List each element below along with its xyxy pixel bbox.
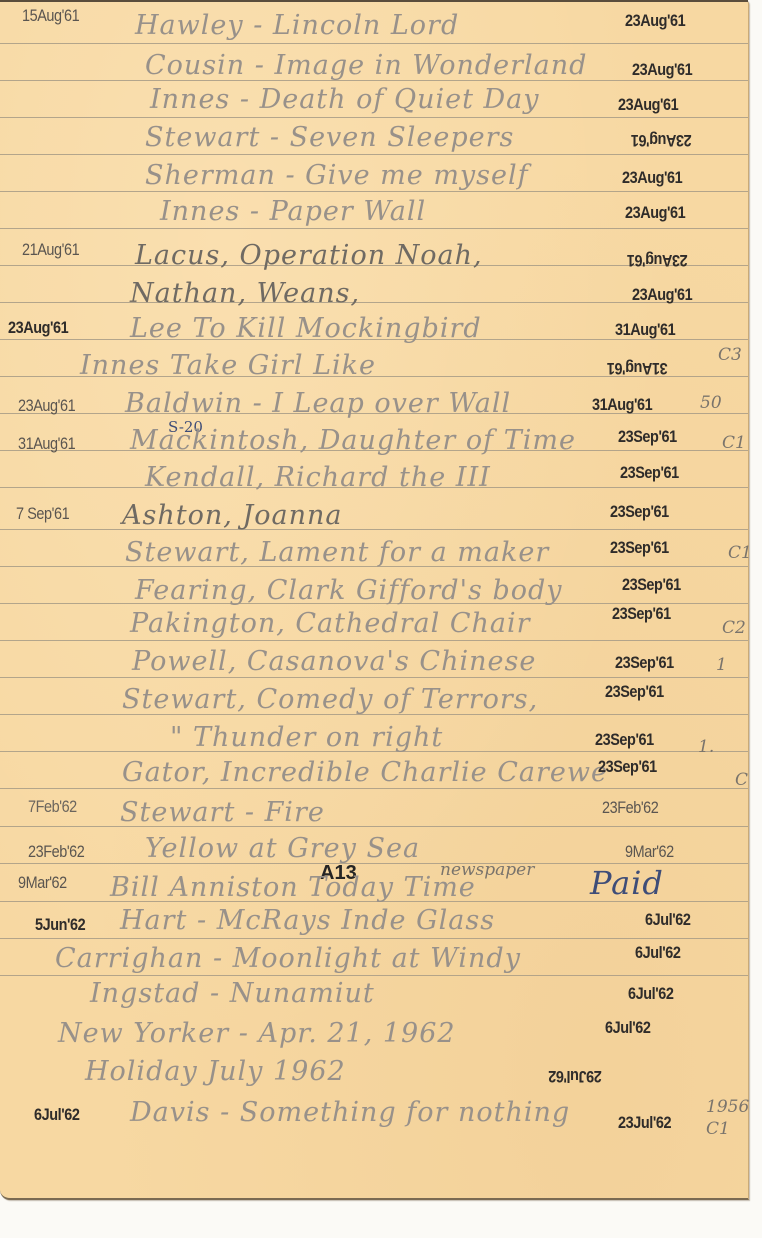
- book-entry: New Yorker - Apr. 21, 1962: [58, 1018, 456, 1049]
- book-entry: " Thunder on right: [170, 722, 443, 753]
- rule-line: [0, 228, 748, 229]
- margin-note: 50: [700, 393, 722, 413]
- rule-line: [0, 640, 748, 641]
- return-date-stamp: 6Jul'62: [628, 984, 673, 1004]
- return-date-stamp-inverted: 23Aug'61: [627, 250, 687, 270]
- return-date-stamp: 23Sep'61: [598, 757, 657, 777]
- rule-line: [0, 43, 748, 44]
- return-date-stamp: 23Sep'61: [615, 653, 674, 673]
- book-entry: Kendall, Richard the III: [145, 462, 491, 493]
- return-date-stamp: 23Aug'61: [632, 60, 692, 80]
- book-entry: Stewart - Seven Sleepers: [145, 122, 514, 153]
- borrow-date-stamp: 15Aug'61: [22, 6, 79, 26]
- rule-line: [0, 117, 748, 118]
- return-date-stamp: 6Jul'62: [635, 943, 680, 963]
- return-date-stamp: 23Jul'62: [618, 1113, 671, 1133]
- return-date-stamp: 9Mar'62: [625, 842, 674, 862]
- margin-note: 1956 C1: [706, 1096, 750, 1140]
- book-entry: Nathan, Weans,: [130, 278, 360, 309]
- return-date-stamp-inverted: 23Aug'61: [631, 130, 691, 150]
- book-entry: Gator, Incredible Charlie Carewe: [122, 757, 608, 788]
- margin-note: 1.: [698, 737, 714, 757]
- book-entry: Innes - Paper Wall: [160, 196, 426, 227]
- return-date-stamp: 23Sep'61: [612, 604, 671, 624]
- book-entry: Yellow at Grey Sea: [145, 833, 420, 864]
- return-date-stamp: 23Sep'61: [595, 730, 654, 750]
- book-entry: Innes Take Girl Like: [80, 350, 376, 381]
- book-entry: Holiday July 1962: [85, 1056, 346, 1087]
- book-entry: Fearing, Clark Gifford's body: [135, 575, 563, 606]
- return-date-stamp: 23Aug'61: [622, 168, 682, 188]
- margin-note: C2: [722, 618, 746, 638]
- rule-line: [0, 975, 748, 976]
- book-entry: Stewart, Lament for a maker: [125, 537, 549, 568]
- book-entry: Pakington, Cathedral Chair: [130, 608, 531, 639]
- borrow-date-stamp: 21Aug'61: [22, 240, 79, 260]
- book-entry: Baldwin - I Leap over Wall: [125, 388, 511, 419]
- book-entry: Lee To Kill Mockingbird: [130, 313, 482, 344]
- borrow-date-stamp: 23Aug'61: [8, 318, 68, 338]
- card-top-edge: [0, 0, 748, 2]
- book-entry: Carrighan - Moonlight at Windy: [55, 943, 521, 974]
- return-date-stamp: 6Jul'62: [645, 910, 690, 930]
- library-card: 15Aug'61 Hawley - Lincoln Lord 23Aug'61 …: [0, 0, 749, 1200]
- borrow-date-stamp: 31Aug'61: [18, 434, 75, 454]
- rule-line: [0, 677, 748, 678]
- return-date-stamp: 23Sep'61: [620, 463, 679, 483]
- book-entry: Davis - Something for nothing: [130, 1097, 570, 1128]
- return-date-stamp: 31Aug'61: [615, 320, 675, 340]
- paid-annotation: Paid: [590, 864, 664, 902]
- borrow-date-stamp: 7Feb'62: [28, 797, 77, 817]
- book-entry: Ashton, Joanna: [122, 500, 342, 531]
- book-entry: Sherman - Give me myself: [145, 160, 529, 191]
- rule-line: [0, 529, 748, 530]
- return-date-stamp: 23Aug'61: [632, 285, 692, 305]
- rule-line: [0, 154, 748, 155]
- book-entry: Powell, Casanova's Chinese: [132, 646, 536, 677]
- book-entry: Ingstad - Nunamiut: [90, 978, 375, 1009]
- borrow-date-stamp: 9Mar'62: [18, 873, 67, 893]
- borrow-date-stamp: 23Aug'61: [18, 396, 75, 416]
- return-date-stamp: 23Sep'61: [610, 502, 669, 522]
- margin-note: 1: [716, 655, 727, 675]
- rule-line: [0, 826, 748, 827]
- book-entry: Stewart - Fire: [120, 797, 325, 828]
- book-entry: Bill Anniston Today Time: [110, 872, 476, 903]
- borrow-date-stamp: 7 Sep'61: [16, 504, 69, 524]
- return-date-stamp: 23Aug'61: [625, 11, 685, 31]
- return-date-stamp: 23Sep'61: [622, 575, 681, 595]
- return-date-stamp: 23Aug'61: [625, 203, 685, 223]
- return-date-stamp-inverted: 31Aug'61: [607, 358, 667, 378]
- borrow-date-stamp: 23Feb'62: [28, 842, 84, 862]
- rule-line: [0, 938, 748, 939]
- margin-note: C1: [728, 543, 752, 563]
- book-entry: Cousin - Image in Wonderland: [145, 50, 587, 81]
- return-date-stamp: 23Feb'62: [602, 798, 658, 818]
- return-date-stamp: 31Aug'61: [592, 395, 652, 415]
- return-date-stamp: 23Aug'61: [618, 95, 678, 115]
- rule-line: [0, 788, 748, 789]
- book-entry: Innes - Death of Quiet Day: [150, 84, 540, 115]
- book-entry: Mackintosh, Daughter of Time: [130, 425, 576, 456]
- return-date-stamp: 23Sep'61: [610, 538, 669, 558]
- return-date-stamp: 23Sep'61: [618, 427, 677, 447]
- borrow-date-stamp: 5Jun'62: [35, 915, 85, 935]
- return-date-stamp-inverted: 29Jul'62: [549, 1066, 602, 1086]
- margin-note: C3: [718, 345, 742, 365]
- return-date-stamp: 6Jul'62: [605, 1018, 650, 1038]
- book-entry: Stewart, Comedy of Terrors,: [122, 684, 538, 715]
- return-date-stamp: 23Sep'61: [605, 682, 664, 702]
- book-entry: Hawley - Lincoln Lord: [135, 10, 459, 41]
- book-entry: Hart - McRays Inde Glass: [120, 905, 495, 936]
- rule-line: [0, 191, 748, 192]
- book-entry: Lacus, Operation Noah,: [135, 240, 483, 271]
- borrow-date-stamp: 6Jul'62: [34, 1105, 79, 1125]
- margin-note: C1: [722, 433, 746, 453]
- margin-note: C: [735, 770, 748, 790]
